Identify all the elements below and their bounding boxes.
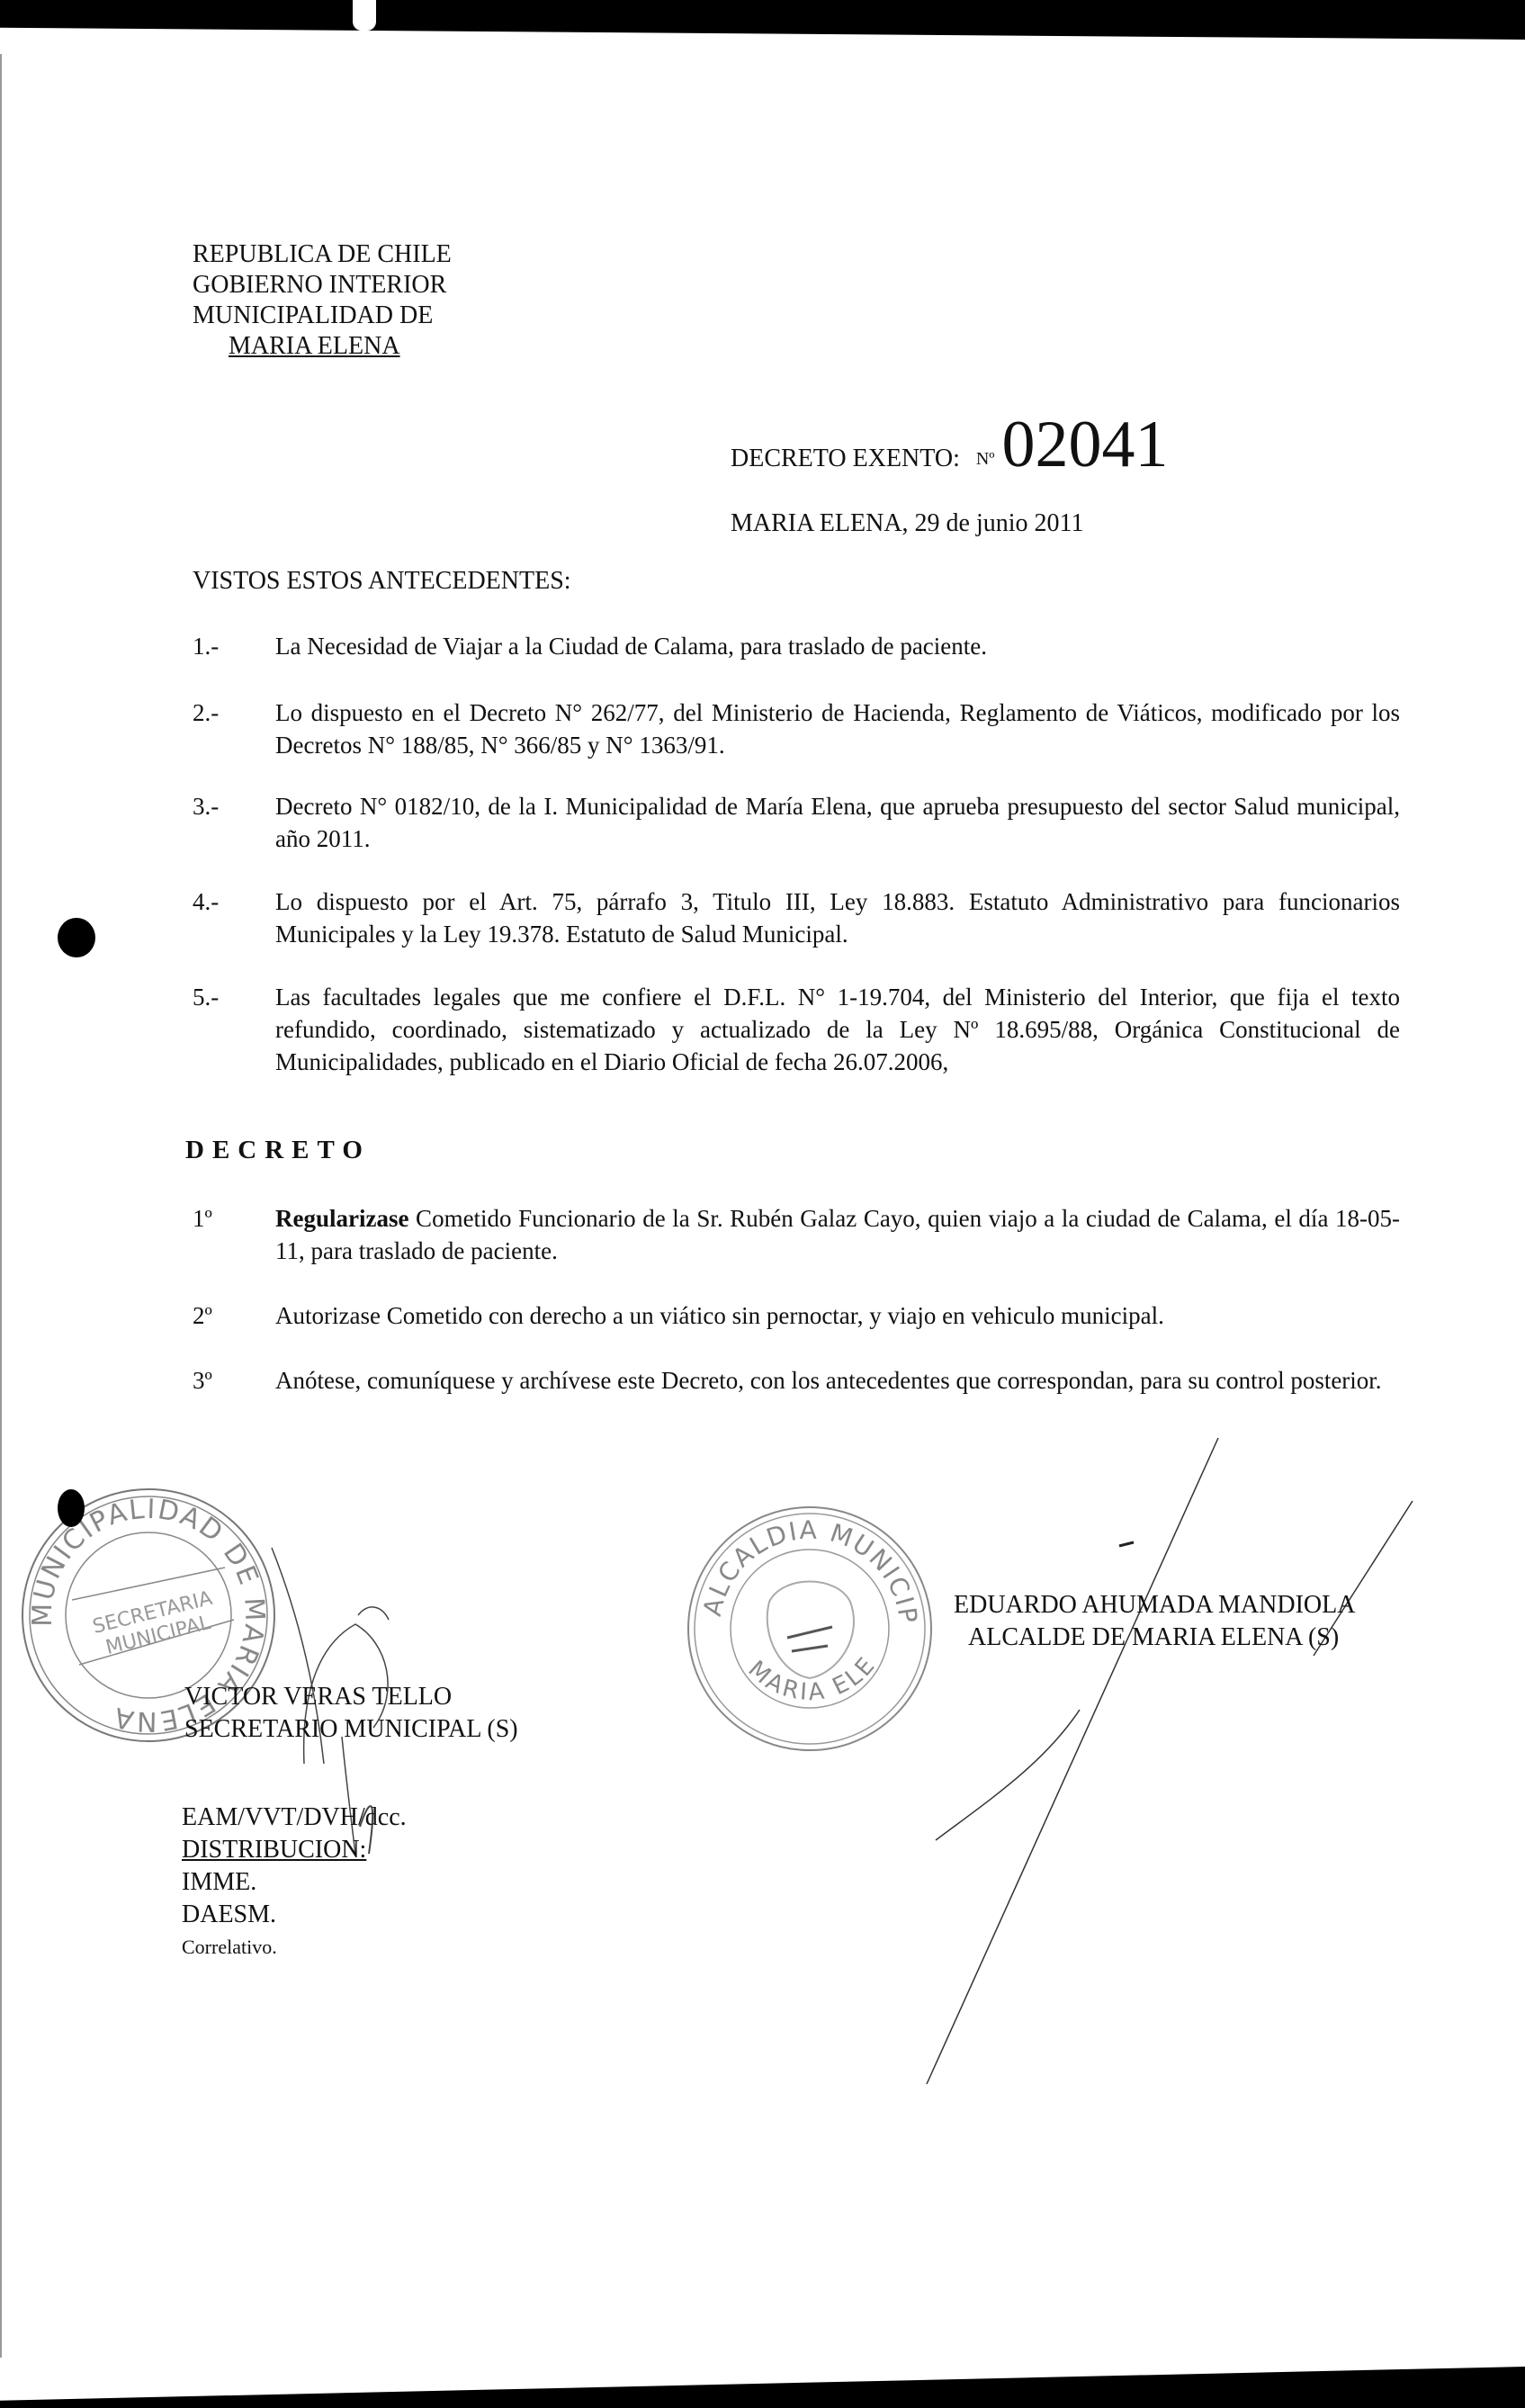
secretary-signature-block: VICTOR VERAS TELLO SECRETARIO MUNICIPAL … — [184, 1681, 518, 1746]
handwritten-signatures — [0, 0, 1525, 2408]
distribution-title: DISTRIBUCION: — [182, 1836, 366, 1864]
recipient: IMME. — [182, 1866, 407, 1899]
distribution-block: EAM/VVT/DVH/dcc. DISTRIBUCION: IMME. DAE… — [182, 1802, 407, 1963]
mayor-signature-block: EDUARDO AHUMADA MANDIOLA ALCALDE DE MARI… — [954, 1589, 1355, 1654]
initials: EAM/VVT/DVH/dcc. — [182, 1802, 407, 1834]
secretary-name: VICTOR VERAS TELLO — [184, 1681, 518, 1713]
secretary-title: SECRETARIO MUNICIPAL (S) — [184, 1713, 518, 1746]
recipient: DAESM. — [182, 1899, 407, 1931]
distribution-note: Correlativo. — [182, 1931, 407, 1963]
mayor-title: ALCALDE DE MARIA ELENA (S) — [954, 1622, 1355, 1654]
mayor-name: EDUARDO AHUMADA MANDIOLA — [954, 1589, 1355, 1622]
